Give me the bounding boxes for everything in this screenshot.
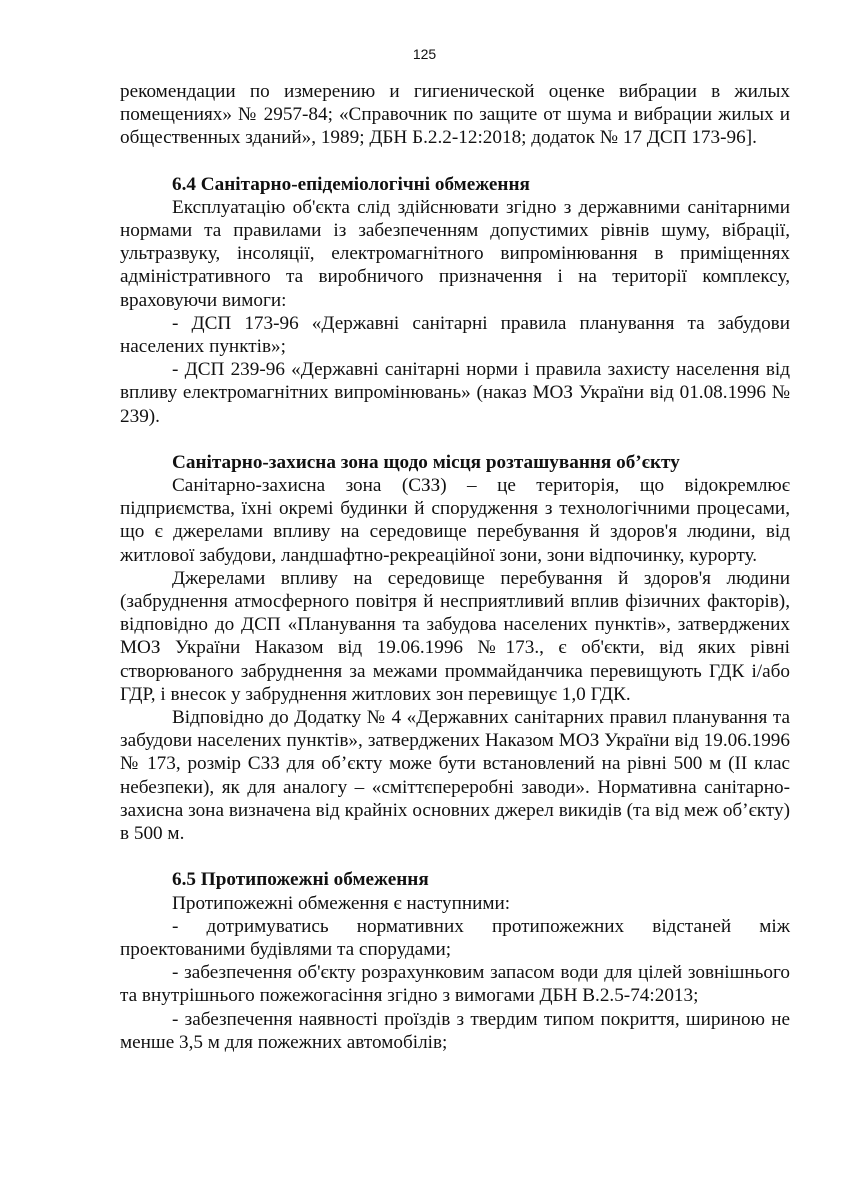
section-6-4-list-item: - ДСП 173-96 «Державні санітарні правила… [120, 312, 790, 358]
szz-paragraph: Джерелами впливу на середовище перебуван… [120, 567, 790, 706]
section-6-4-heading: 6.4 Санітарно-епідеміологічні обмеження [120, 173, 790, 196]
szz-paragraph: Відповідно до Додатку № 4 «Державних сан… [120, 706, 790, 845]
intro-paragraph: рекомендации по измерению и гигиеническо… [120, 80, 790, 150]
section-6-4-paragraph: Експлуатацію об'єкта слід здійснювати зг… [120, 196, 790, 312]
szz-paragraph: Санітарно-захисна зона (СЗЗ) – це терито… [120, 474, 790, 567]
spacer [120, 845, 790, 868]
section-6-4-list-item: - ДСП 239-96 «Державні санітарні норми і… [120, 358, 790, 428]
section-6-5-heading: 6.5 Протипожежні обмеження [120, 868, 790, 891]
section-6-5-paragraph: Протипожежні обмеження є наступними: [120, 892, 790, 915]
szz-heading: Санітарно-захисна зона щодо місця розташ… [120, 451, 790, 474]
page-body: рекомендации по измерению и гигиеническо… [120, 80, 790, 1054]
section-6-5-list-item: - забезпечення об'єкту розрахунковим зап… [120, 961, 790, 1007]
section-6-5-list-item: - забезпечення наявності проїздів з твер… [120, 1008, 790, 1054]
document-page: 125 рекомендации по измерению и гигиенич… [0, 0, 849, 1200]
spacer [120, 428, 790, 451]
spacer [120, 150, 790, 173]
section-6-5-list-item: - дотримуватись нормативних протипожежни… [120, 915, 790, 961]
page-number: 125 [0, 46, 849, 62]
